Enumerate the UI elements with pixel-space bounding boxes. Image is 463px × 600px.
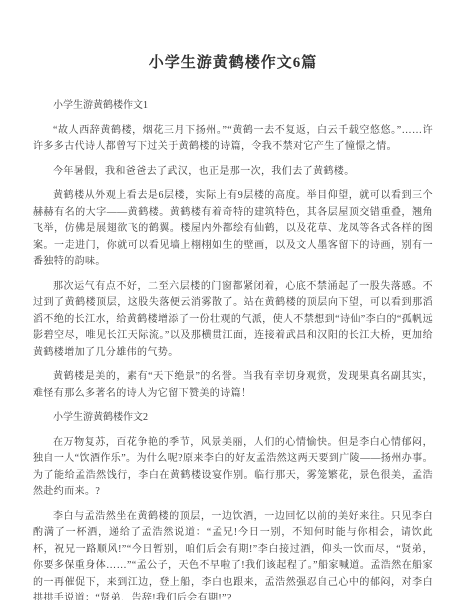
essay-1-paragraph-1: “故人西辞黄鹤楼，烟花三月下扬州。”“黄鹤一去不复返，白云千载空悠悠。”……许许… [33,123,433,156]
essay-section-2: 小学生游黄鹤楼作文2 在万物复苏，百花争艳的季节，风景美丽，人们的心情愉快。但是… [33,410,433,600]
document-title: 小学生游黄鹤楼作文6篇 [33,52,433,74]
essay-2-paragraph-1: 在万物复苏，百花争艳的季节，风景美丽，人们的心情愉快。但是李白心情郁闷，独自一人… [33,435,433,501]
essay-1-heading: 小学生游黄鹤楼作文1 [33,98,433,115]
essay-1-paragraph-3: 黄鹤楼从外观上看去是6层楼，实际上有9层楼的高度。举目仰望，就可以看到三个赫赫有… [33,188,433,271]
essay-1-paragraph-5: 黄鹤楼是美的，素有“天下绝景”的名誉。当我有幸切身观赏，发现果真名副其实，难怪有… [33,369,433,402]
essay-1-paragraph-4: 那次运气有点不好，二至六层楼的门窗都紧闭着，心底不禁涌起了一股失落感。不过到了黄… [33,279,433,362]
essay-section-1: 小学生游黄鹤楼作文1 “故人西辞黄鹤楼，烟花三月下扬州。”“黄鹤一去不复返，白云… [33,98,433,402]
document-page: 小学生游黄鹤楼作文6篇 小学生游黄鹤楼作文1 “故人西辞黄鹤楼，烟花三月下扬州。… [0,0,463,600]
essay-2-heading: 小学生游黄鹤楼作文2 [33,410,433,427]
essay-1-paragraph-2: 今年暑假，我和爸爸去了武汉，也正是那一次，我们去了黄鹤楼。 [33,164,433,181]
essay-2-paragraph-2: 李白与孟浩然坐在黄鹤楼的顶层，一边饮酒，一边回忆以前的美好来往。只见李白酌满了一… [33,509,433,600]
